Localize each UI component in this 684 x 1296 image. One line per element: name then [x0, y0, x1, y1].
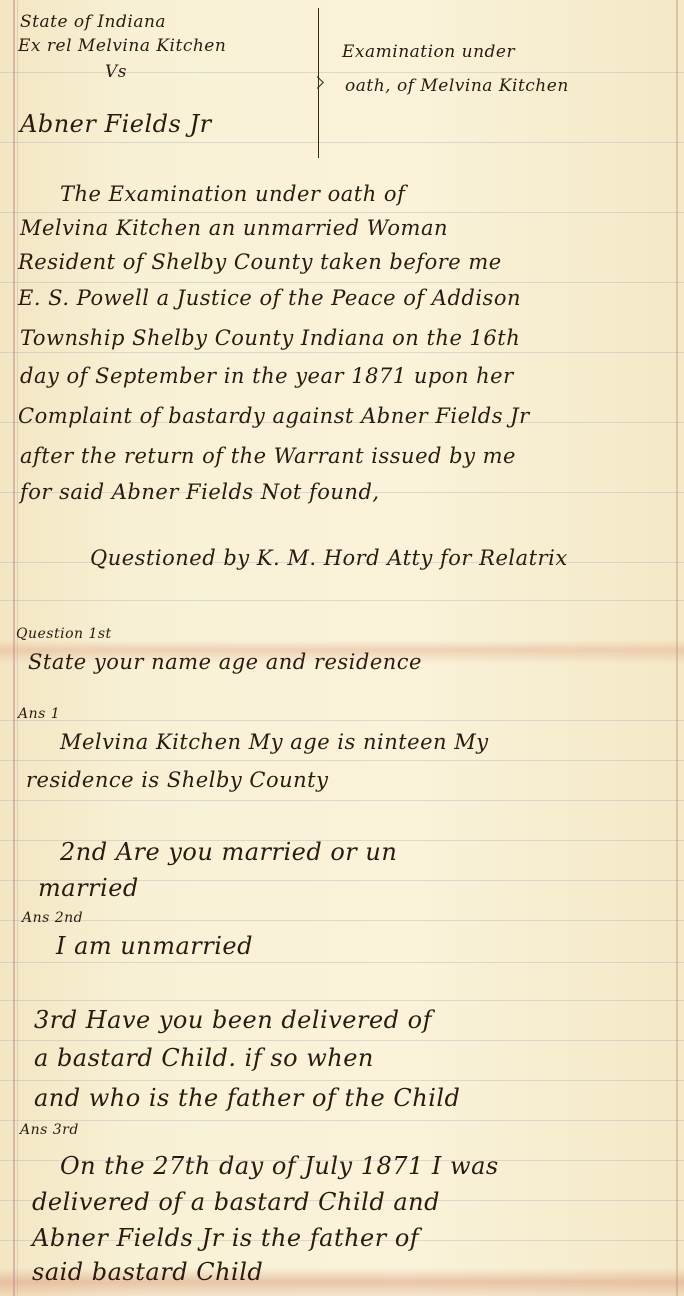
- ruled-line: [0, 212, 684, 213]
- preamble-line: Resident of Shelby County taken before m…: [18, 250, 502, 274]
- preamble-line: for said Abner Fields Not found,: [20, 480, 380, 504]
- preamble-line: Complaint of bastardy against Abner Fiel…: [18, 404, 530, 428]
- preamble-line: after the return of the Warrant issued b…: [20, 444, 516, 468]
- caption-brace: [318, 8, 329, 158]
- questioned-by: Questioned by K. M. Hord Atty for Relatr…: [90, 546, 568, 570]
- answer-text: I am unmarried: [56, 932, 253, 960]
- caption-title-line2: oath, of Melvina Kitchen: [345, 76, 569, 96]
- answer-label: Ans 1: [18, 706, 60, 722]
- ruled-line: [0, 1120, 684, 1121]
- ruled-line: [0, 72, 684, 73]
- document-page: State of Indiana Ex rel Melvina Kitchen …: [0, 0, 684, 1296]
- caption-title-line1: Examination under: [342, 42, 515, 62]
- answer-text: Melvina Kitchen My age is ninteen My: [60, 730, 489, 754]
- answer-label: Ans 3rd: [20, 1122, 79, 1138]
- preamble-line: Melvina Kitchen an unmarried Woman: [20, 216, 448, 240]
- answer-text: On the 27th day of July 1871 I was: [60, 1152, 499, 1180]
- ruled-line: [0, 282, 684, 283]
- preamble-line: The Examination under oath of: [60, 182, 405, 206]
- ruled-line: [0, 142, 684, 143]
- preamble-line: E. S. Powell a Justice of the Peace of A…: [18, 286, 521, 310]
- question-text: a bastard Child. if so when: [34, 1044, 374, 1072]
- ruled-line: [0, 1040, 684, 1041]
- ruled-line: [0, 760, 684, 761]
- question-label: Question 1st: [16, 626, 112, 642]
- answer-text: Abner Fields Jr is the father of: [32, 1224, 419, 1252]
- question-text: 3rd Have you been delivered of: [34, 1006, 432, 1034]
- caption-versus: Vs: [105, 62, 127, 82]
- answer-label: Ans 2nd: [22, 910, 83, 926]
- question-text: married: [38, 874, 139, 902]
- margin-line: [17, 0, 18, 1296]
- preamble-line: day of September in the year 1871 upon h…: [20, 364, 514, 388]
- ruled-line: [0, 1000, 684, 1001]
- ruled-line: [0, 1080, 684, 1081]
- ruled-line: [0, 962, 684, 963]
- page-edge: [676, 0, 678, 1296]
- ruled-line: [0, 800, 684, 801]
- caption-relator: Ex rel Melvina Kitchen: [18, 36, 226, 56]
- question-text: and who is the father of the Child: [34, 1084, 460, 1112]
- answer-text: delivered of a bastard Child and: [32, 1188, 440, 1216]
- margin-line: [13, 0, 15, 1296]
- question-text: 2nd Are you married or un: [60, 838, 397, 866]
- ruled-line: [0, 920, 684, 921]
- caption-state: State of Indiana: [20, 12, 166, 32]
- preamble-line: Township Shelby County Indiana on the 16…: [20, 326, 520, 350]
- question-text: State your name age and residence: [28, 650, 422, 674]
- ruled-line: [0, 600, 684, 601]
- answer-text: residence is Shelby County: [26, 768, 329, 792]
- ruled-line: [0, 352, 684, 353]
- caption-defendant: Abner Fields Jr: [20, 110, 212, 138]
- ruled-line: [0, 720, 684, 721]
- answer-text: said bastard Child: [32, 1258, 263, 1286]
